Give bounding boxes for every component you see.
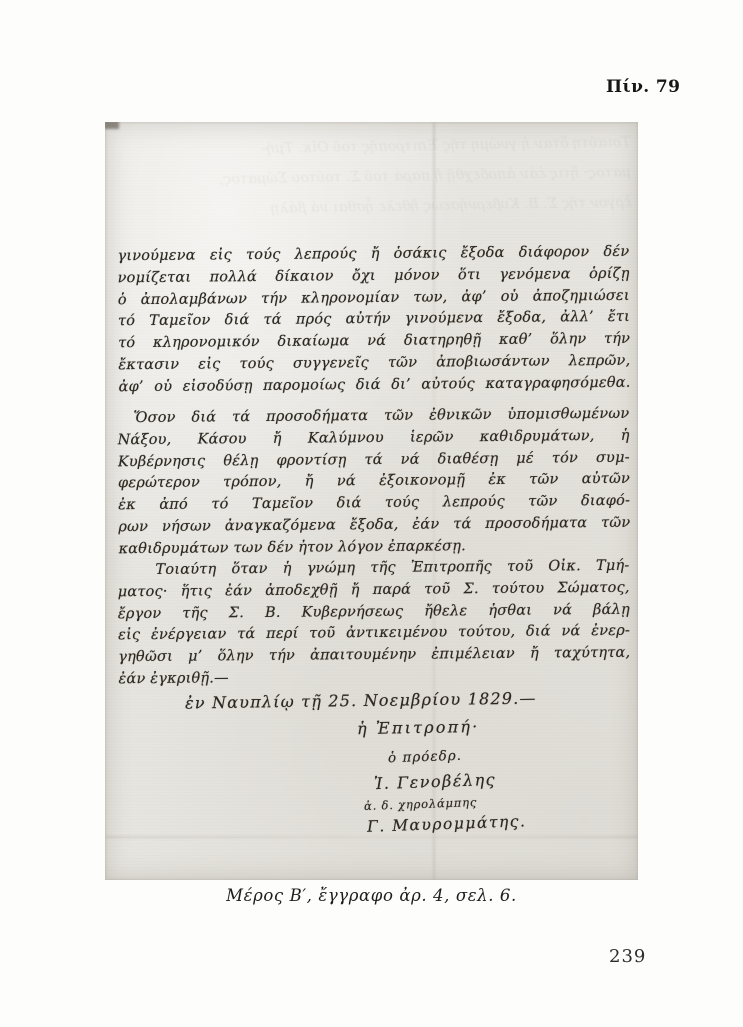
plate-number: Πίν. 79 bbox=[606, 77, 680, 97]
manuscript-paragraph-3: Τοιαύτη ὅταν ἡ γνώμη τῆς Ἐπιτροπῆς τοῦ Ο… bbox=[117, 558, 630, 693]
signature-title: ὁ πρόεδρ. bbox=[388, 748, 462, 767]
manuscript-paragraph-2: Ὅσον διά τά προσοδήματα τῶν ἐθνικῶν ὑπομ… bbox=[117, 406, 630, 563]
figure-caption: Μέρος Β′, ἔγγραφο ἀρ. 4, σελ. 6. bbox=[0, 886, 743, 905]
manuscript-line: ἐάν ἐγκριθῇ.— bbox=[118, 667, 630, 693]
page-number: 239 bbox=[609, 946, 646, 967]
signature: ἀ. δ. χηρολάμπης bbox=[364, 795, 477, 813]
signature: Ἰ. Γενοβέλης bbox=[374, 770, 497, 793]
manuscript-committee-heading: ἡ Ἐπιτροπή· bbox=[357, 717, 480, 738]
paper-crease-horizontal bbox=[105, 836, 638, 838]
manuscript-line: ἀφ’ οὗ εἰσοδύσῃ παρομοίως διά δι’ αὐτούς… bbox=[118, 375, 630, 401]
manuscript-photo: Τοιαύτη ὅταν ἡ γνώμη τῆς Ἐπιτροπῆς τοῦ Ο… bbox=[105, 122, 638, 880]
manuscript-dateline: ἐν Ναυπλίῳ τῇ 25. Νοεμβρίου 1829.— bbox=[185, 689, 537, 713]
ink-bleed-through: Τοιαύτη ὅταν ἡ γνώμη τῆς Ἐπιτροπῆς τοῦ Ο… bbox=[108, 127, 631, 226]
photo-corner-smudge bbox=[105, 122, 119, 129]
signature: Γ. Μαυρομμάτης. bbox=[367, 812, 527, 836]
manuscript-paragraph-1: γινούμενα εἰς τούς λεπρούς ἤ ὁσάκις ἔξοδ… bbox=[117, 244, 630, 401]
